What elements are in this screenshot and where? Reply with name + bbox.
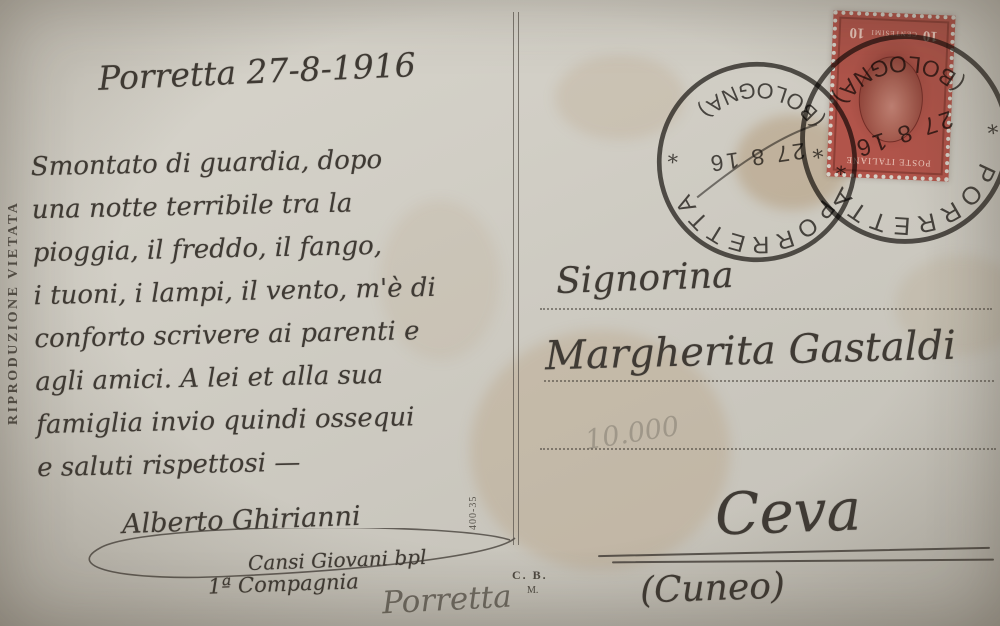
printer-initials: C. B. bbox=[512, 568, 548, 583]
postcard-photo: RIPRODUZIONE VIETATA Porretta 27-8-1916 … bbox=[0, 0, 1000, 626]
address-city: Ceva bbox=[714, 475, 862, 548]
postmark-star: * bbox=[666, 142, 679, 167]
address-dotted-line bbox=[544, 380, 994, 382]
postmark: PORRETTA (BOLOGNA) * * 27 8 16 bbox=[782, 16, 1000, 262]
city-underline bbox=[598, 547, 990, 557]
message-body: Smontato di guardia, dopo una notte terr… bbox=[30, 138, 439, 490]
message-line: e saluti rispettosi — bbox=[37, 439, 440, 490]
postmark-star: * bbox=[985, 111, 999, 137]
postmark-town: PORRETTA bbox=[820, 156, 1000, 251]
message-line: Smontato di guardia, dopo bbox=[30, 138, 433, 189]
print-code: 400-35 bbox=[468, 470, 479, 530]
address-name: Margherita Gastaldi bbox=[544, 323, 956, 380]
dateline: Porretta 27-8-1916 bbox=[97, 45, 416, 98]
svg-text:(BOLOGNA): (BOLOGNA) bbox=[822, 42, 971, 115]
postmark-date: 27 8 16 bbox=[706, 138, 807, 177]
message-line: famiglia invio quindi ossequi bbox=[36, 396, 439, 447]
postmark-star: * bbox=[810, 136, 824, 162]
address-province: (Cuneo) bbox=[639, 565, 785, 611]
svg-text:PORRETTA: PORRETTA bbox=[820, 156, 1000, 251]
address-dotted-line bbox=[540, 308, 992, 310]
address-dotted-line bbox=[540, 448, 996, 450]
reproduction-notice: RIPRODUZIONE VIETATA bbox=[6, 125, 22, 425]
city-underline bbox=[612, 559, 994, 563]
postmark-date: 27 8 16 bbox=[850, 105, 956, 162]
postmark-province: (BOLOGNA) bbox=[822, 42, 971, 115]
signature-company-line: 1ª Compagnia bbox=[208, 569, 360, 598]
pencil-place-note: Porretta bbox=[381, 579, 512, 622]
printer-initials-2: M. bbox=[527, 585, 538, 596]
divider-line bbox=[513, 12, 519, 545]
